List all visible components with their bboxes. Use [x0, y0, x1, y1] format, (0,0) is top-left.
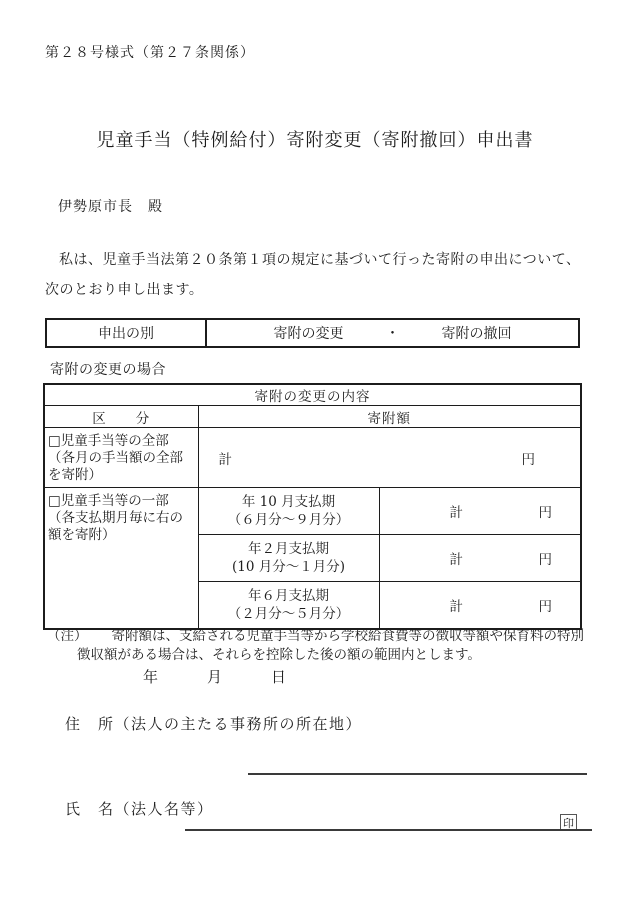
change-case-caption: 寄附の変更の場合: [50, 359, 166, 379]
period-october-cell: 年 10 月支払期 （６月分～９月分）: [198, 488, 379, 535]
yen-unit: 円: [539, 548, 553, 568]
column-header-category: 区 分: [44, 406, 198, 428]
page-title: 児童手当（特例給付）寄附変更（寄附撤回）申出書: [0, 126, 630, 152]
table-row: □児童手当等の全部（各月の手当額の全部を寄附） 計 円: [44, 428, 581, 488]
form-number: 第２８号様式（第２７条関係）: [45, 42, 255, 62]
period-line1: 年２月支払期: [199, 540, 379, 558]
period-june-cell: 年６月支払期 （２月分～５月分）: [198, 582, 379, 629]
change-details-table: 寄附の変更の内容 区 分 寄附額 □児童手当等の全部（各月の手当額の全部を寄附）…: [43, 383, 582, 630]
period-line2: (10 月分～１月分): [199, 558, 379, 576]
name-fill-line[interactable]: [185, 816, 592, 831]
category-part-cell: □児童手当等の一部（各支払期月毎に右の額を寄附）: [44, 488, 198, 629]
table-row: □児童手当等の一部（各支払期月毎に右の額を寄附） 年 10 月支払期 （６月分～…: [44, 488, 581, 535]
period-line1: 年 10 月支払期: [199, 493, 379, 511]
total-label: 計: [450, 501, 464, 521]
yen-unit: 円: [522, 448, 536, 468]
document-page: 第２８号様式（第２７条関係） 児童手当（特例給付）寄附変更（寄附撤回）申出書 伊…: [0, 0, 630, 915]
date-month-label: 月: [207, 666, 222, 687]
amount-february-cell[interactable]: 計 円: [379, 535, 581, 582]
change-details-header: 寄附の変更の内容: [44, 384, 581, 406]
option-change[interactable]: 寄附の変更: [274, 323, 344, 343]
address-fill-line[interactable]: [248, 760, 587, 775]
note-text: （注）寄附額は、支給される児童手当等から学校給食費等の徴収等額や保育料の特別徴収…: [47, 627, 587, 665]
yen-unit: 円: [539, 595, 553, 615]
column-header-amount: 寄附額: [198, 406, 581, 428]
date-year-label: 年: [143, 666, 158, 687]
amount-june-cell[interactable]: 計 円: [379, 582, 581, 629]
period-line2: （６月分～９月分）: [199, 511, 379, 529]
option-withdraw[interactable]: 寄附の撤回: [442, 323, 512, 343]
total-label: 計: [450, 548, 464, 568]
body-paragraph: 私は、児童手当法第２０条第１項の規定に基づいて行った寄附の申出について、次のとお…: [45, 245, 587, 305]
category-all-label: 児童手当等の全部（各月の手当額の全部を寄附）: [48, 433, 183, 483]
yen-unit: 円: [539, 501, 553, 521]
note-prefix: （注）: [47, 628, 88, 644]
total-label: 計: [450, 595, 464, 615]
period-february-cell: 年２月支払期 (10 月分～１月分): [198, 535, 379, 582]
checkbox-part-icon[interactable]: □: [48, 493, 61, 509]
amount-october-cell[interactable]: 計 円: [379, 488, 581, 535]
amount-all-cell[interactable]: 計 円: [198, 428, 581, 488]
category-all-cell: □児童手当等の全部（各月の手当額の全部を寄附）: [44, 428, 198, 488]
application-type-options: 寄附の変更 ・ 寄附の撤回: [207, 320, 578, 346]
application-type-header: 申出の別: [47, 320, 207, 346]
date-day-label: 日: [271, 666, 286, 687]
option-separator-dot: ・: [386, 323, 400, 343]
application-type-table: 申出の別 寄附の変更 ・ 寄附の撤回: [45, 318, 580, 348]
period-line1: 年６月支払期: [199, 587, 379, 605]
date-line[interactable]: 年月日: [143, 666, 335, 687]
category-part-label: 児童手当等の一部（各支払期月毎に右の額を寄附）: [48, 493, 183, 543]
address-label: 住 所（法人の主たる事務所の所在地）: [65, 713, 362, 734]
period-line2: （２月分～５月分）: [199, 605, 379, 623]
addressee-line: 伊勢原市長 殿: [58, 196, 163, 216]
checkbox-all-icon[interactable]: □: [48, 433, 61, 449]
total-label: 計: [219, 448, 233, 468]
note-body: 寄附額は、支給される児童手当等から学校給食費等の徴収等額や保育料の特別徴収額があ…: [77, 628, 584, 663]
